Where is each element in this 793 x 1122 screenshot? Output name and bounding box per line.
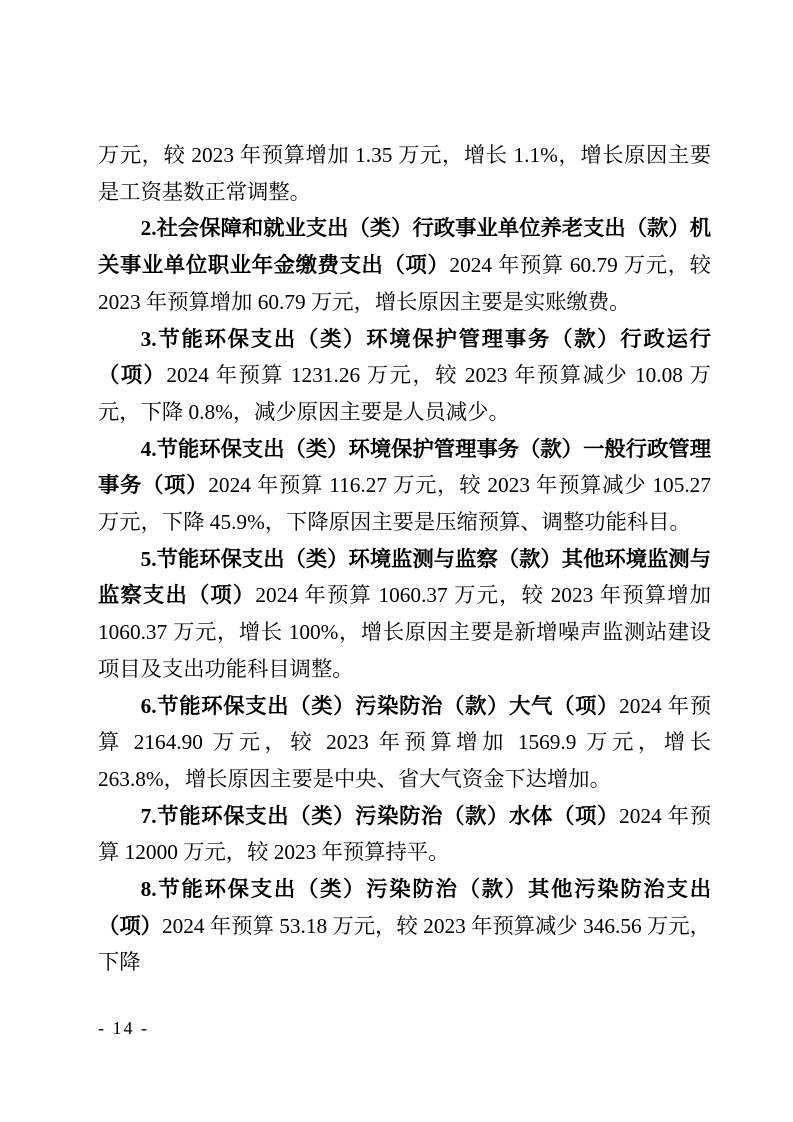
document-page: 万元，较 2023 年预算增加 1.35 万元，增长 1.1%，增长原因主要是工…: [0, 0, 793, 1122]
paragraph: 5.节能环保支出（类）环境监测与监察（款）其他环境监测与监察支出（项）2024 …: [98, 541, 711, 688]
paragraph-head: 6.节能环保支出（类）污染防治（款）大气（项）: [141, 694, 620, 718]
paragraph: 万元，较 2023 年预算增加 1.35 万元，增长 1.1%，增长原因主要是工…: [98, 137, 711, 210]
paragraph-body: 2024 年预算 53.18 万元，较 2023 年预算减少 346.56 万元…: [98, 914, 711, 975]
document-body: 万元，较 2023 年预算增加 1.35 万元，增长 1.1%，增长原因主要是工…: [98, 137, 711, 981]
paragraph-body: 2024 年预算 1231.26 万元，较 2023 年预算减少 10.08 万…: [98, 363, 711, 424]
page-number: - 14 -: [98, 1017, 149, 1039]
paragraph: 8.节能环保支出（类）污染防治（款）其他污染防治支出（项）2024 年预算 53…: [98, 871, 711, 981]
paragraph-head: 7.节能环保支出（类）污染防治（款）水体（项）: [141, 804, 620, 828]
paragraph: 3.节能环保支出（类）环境保护管理事务（款）行政运行（项）2024 年预算 12…: [98, 321, 711, 431]
paragraph: 2.社会保障和就业支出（类）行政事业单位养老支出（款）机关事业单位职业年金缴费支…: [98, 210, 711, 320]
paragraph: 4.节能环保支出（类）环境保护管理事务（款）一般行政管理事务（项）2024 年预…: [98, 431, 711, 541]
paragraph: 6.节能环保支出（类）污染防治（款）大气（项）2024 年预算 2164.90 …: [98, 688, 711, 798]
paragraph: 7.节能环保支出（类）污染防治（款）水体（项）2024 年预算 12000 万元…: [98, 798, 711, 871]
paragraph-body: 万元，较 2023 年预算增加 1.35 万元，增长 1.1%，增长原因主要是工…: [98, 143, 711, 204]
